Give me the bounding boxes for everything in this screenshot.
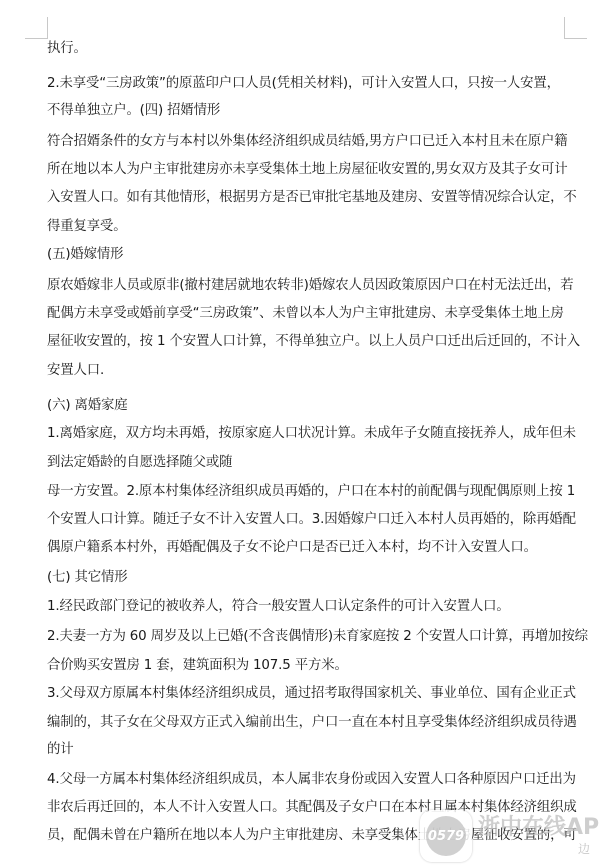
text-line: 符合招婿条件的女方与本村以外集体经济组织成员结婚,男方户口已迁入本村且未在原户籍 (47, 133, 567, 151)
text-line: 非农后再迁回的，本人不计入安置人口。其配偶及子女户口在本村且属本村集体经济组织成 (47, 799, 567, 817)
text-line: 员，配偶未曾在户籍所在地以本人为户主审批建房、未享受集体土地上房屋征收安置的，可 (47, 827, 567, 845)
text-line: 母一方安置。2.原本村集体经济组织成员再婚的，户口在本村的前配偶与现配偶原则上按… (47, 483, 567, 501)
text-line: 的计 (47, 741, 567, 759)
text-line: 个安置人口计算。随迁子女不计入安置人口。3.因婚嫁户口迁入本村人员再婚的，除再婚… (47, 511, 567, 529)
text-line: 合价购买安置房 1 套，建筑面积为 107.5 平方米。 (47, 657, 567, 675)
text-line: (六) 离婚家庭 (47, 397, 567, 415)
text-line: 1.经民政部门登记的被收养人，符合一般安置人口认定条件的可计入安置人口。 (47, 598, 567, 616)
text-line: 所在地以本人为户主审批建房亦未享受集体土地上房屋征收安置的,男女双方及其子女可计 (47, 161, 567, 179)
page-corner-mark-left (25, 17, 48, 39)
text-line: 3.父母双方原属本村集体经济组织成员，通过招考取得国家机关、事业单位、国有企业正… (47, 685, 567, 703)
watermark-sub-text: 边 (578, 840, 590, 857)
document-page: 执行。2.未享受“三房政策”的原蓝印户口人员(凭相关材料)，可计入安置人口，只按… (0, 0, 600, 866)
text-line: 4.父母一方属本村集体经济组织成员，本人属非农身份或因入安置人口各种原因户口迁出… (47, 771, 567, 789)
text-line: 2.未享受“三房政策”的原蓝印户口人员(凭相关材料)，可计入安置人口，只按一人安… (47, 75, 567, 93)
text-line: 原农婚嫁非人员或原非(撤村建居就地农转非)婚嫁农人员因政策原因户口在村无法迁出，… (47, 277, 567, 295)
text-line: 到法定婚龄的自愿选择随父或随 (47, 454, 567, 472)
text-line: (七) 其它情形 (47, 569, 567, 587)
text-line: 屋征收安置的，按 1 个安置人口计算，不得单独立户。以上人员户口迁出后迁回的，不… (47, 333, 567, 351)
text-line: 不得单独立户。(四) 招婿情形 (47, 102, 567, 120)
page-corner-mark-right (564, 17, 587, 39)
text-line: 2.夫妻一方为 60 周岁及以上已婚(不含丧偶情形)未育家庭按 2 个安置人口计… (47, 628, 567, 646)
text-line: 1.离婚家庭，双方均未再婚，按原家庭人口状况计算。未成年子女随直接抚养人，成年但… (47, 425, 567, 443)
text-line: 安置人口. (47, 362, 567, 380)
text-line: 偶原户籍系本村外，再婚配偶及子女不论户口是否已迁入本村，均不计入安置人口。 (47, 539, 567, 557)
text-line: (五)婚嫁情形 (47, 246, 567, 264)
text-line: 执行。 (47, 40, 567, 58)
text-line: 入安置人口。如有其他情形，根据男方是否已审批宅基地及建房、安置等情况综合认定，不 (47, 189, 567, 207)
text-line: 得重复享受。 (47, 218, 567, 236)
text-line: 编制的，其子女在父母双方正式入编前出生，户口一直在本村且享受集体经济组织成员待遇 (47, 714, 567, 732)
text-line: 配偶方未享受或婚前享受“三房政策”、未曾以本人为户主审批建房、未享受集体土地上房 (47, 305, 567, 323)
